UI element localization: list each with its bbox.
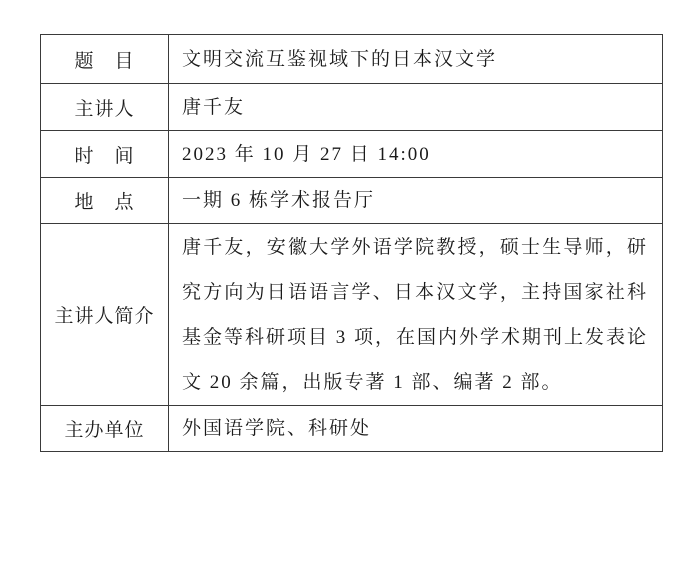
document-page: 题 目 文明交流互鉴视域下的日本汉文学 主讲人 唐千友 时 间 2023 年 1… [0, 0, 699, 567]
row-value-location: 一期 6 栋学术报告厅 [169, 178, 662, 223]
row-label-organizer: 主办单位 [41, 406, 169, 451]
table-row-organizer: 主办单位 外国语学院、科研处 [41, 405, 662, 451]
value-text: 文明交流互鉴视域下的日本汉文学 [182, 37, 497, 82]
table-row-title: 题 目 文明交流互鉴视域下的日本汉文学 [41, 35, 662, 83]
row-label-title: 题 目 [41, 35, 169, 83]
row-label-location: 地 点 [41, 178, 169, 223]
value-text: 唐千友 [182, 85, 245, 130]
label-text: 主讲人 [74, 94, 134, 121]
row-value-title: 文明交流互鉴视域下的日本汉文学 [169, 35, 662, 83]
table-row-location: 地 点 一期 6 栋学术报告厅 [41, 177, 662, 223]
lecture-info-table: 题 目 文明交流互鉴视域下的日本汉文学 主讲人 唐千友 时 间 2023 年 1… [40, 34, 663, 452]
table-row-time: 时 间 2023 年 10 月 27 日 14:00 [41, 130, 662, 177]
row-value-time: 2023 年 10 月 27 日 14:00 [169, 131, 662, 177]
table-row-speaker-bio: 主讲人简介 唐千友，安徽大学外语学院教授，硕士生导师，研究方向为日语语言学、日本… [41, 223, 662, 405]
row-label-speaker: 主讲人 [41, 84, 169, 130]
label-text: 主讲人简介 [54, 301, 154, 328]
row-value-speaker: 唐千友 [169, 84, 662, 130]
row-value-organizer: 外国语学院、科研处 [169, 406, 662, 451]
value-text: 外国语学院、科研处 [182, 406, 371, 451]
row-label-speaker-bio: 主讲人简介 [41, 224, 169, 405]
label-text: 题 目 [74, 46, 134, 73]
label-text: 时 间 [74, 141, 134, 168]
value-text: 一期 6 栋学术报告厅 [182, 178, 375, 223]
row-value-speaker-bio: 唐千友，安徽大学外语学院教授，硕士生导师，研究方向为日语语言学、日本汉文学，主持… [169, 224, 662, 405]
row-label-time: 时 间 [41, 131, 169, 177]
label-text: 地 点 [74, 187, 134, 214]
label-text: 主办单位 [64, 415, 144, 442]
value-text: 唐千友，安徽大学外语学院教授，硕士生导师，研究方向为日语语言学、日本汉文学，主持… [182, 225, 648, 405]
value-text: 2023 年 10 月 27 日 14:00 [182, 132, 431, 177]
table-row-speaker: 主讲人 唐千友 [41, 83, 662, 130]
